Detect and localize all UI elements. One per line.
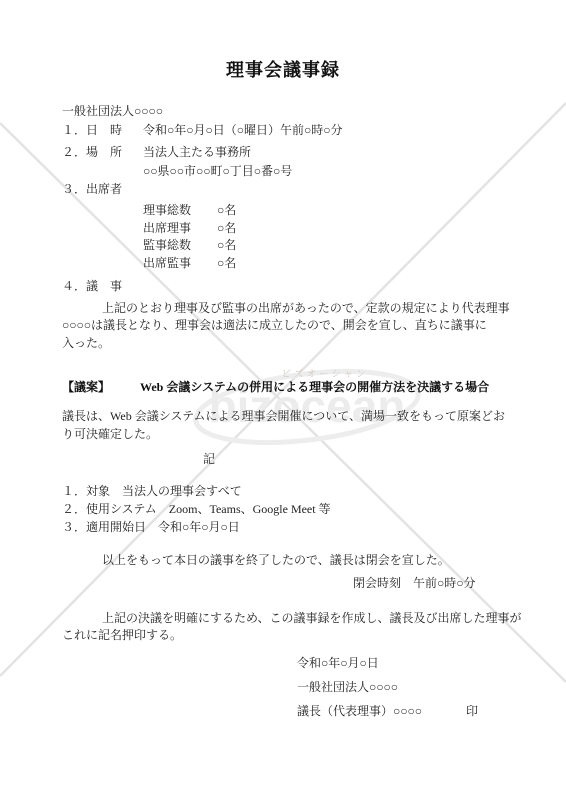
resolution-item: ２．使用システム Zoom、Teams、Google Meet 等 bbox=[62, 502, 331, 516]
closing-time: 閉会時刻 午前○時○分 bbox=[353, 576, 476, 590]
attendee-count: ○名 bbox=[217, 238, 236, 252]
document-page: bizocean ビズオーシャン 理事会議事録 一般社団法人○○○○ １．日 時… bbox=[0, 0, 566, 800]
document-title: 理事会議事録 bbox=[0, 60, 566, 82]
attendee-count: ○名 bbox=[217, 203, 236, 217]
attendee-label: 出席監事 bbox=[143, 256, 191, 270]
attendee-label: 理事総数 bbox=[143, 203, 191, 217]
watermark-layer: bizocean ビズオーシャン bbox=[0, 0, 566, 800]
place-label: ２．場 所 bbox=[62, 145, 122, 159]
proposal-tag: 【議案】 bbox=[62, 380, 110, 394]
attendee-label: 監事総数 bbox=[143, 238, 191, 252]
opening-paragraph-line: 上記のとおり理事及び監事の出席があったので、定款の規定により代表理事 bbox=[102, 301, 510, 315]
opening-paragraph-line: 入った。 bbox=[62, 336, 110, 350]
attendee-count: ○名 bbox=[217, 256, 236, 270]
signature-date: 令和○年○月○日 bbox=[297, 656, 379, 670]
date-label: １．日 時 bbox=[62, 123, 122, 137]
date-value: 令和○年○月○日（○曜日）午前○時○分 bbox=[143, 123, 343, 137]
resolution-paragraph-line: 議長は、Web 会議システムによる理事会開催について、満場一致をもって原案どお bbox=[62, 409, 505, 423]
signature-paragraph-line: これに記名押印する。 bbox=[62, 628, 182, 642]
note-marker: 記 bbox=[203, 452, 215, 466]
agenda-section-label: ４．議 事 bbox=[62, 279, 122, 293]
signature-org: 一般社団法人○○○○ bbox=[297, 680, 398, 694]
opening-paragraph-line: ○○○○は議長となり、理事会は適法に成立したので、開会を宣し、直ちに議事に bbox=[62, 318, 487, 332]
place-address: ○○県○○市○○町○丁目○番○号 bbox=[143, 164, 292, 178]
resolution-item: １．対象 当法人の理事会すべて bbox=[62, 484, 242, 498]
chairman-signature: 議長（代表理事）○○○○ bbox=[297, 704, 422, 718]
signature-paragraph-line: 上記の決議を明確にするため、この議事録を作成し、議長及び出席した理事が bbox=[102, 611, 522, 625]
attendee-count: ○名 bbox=[217, 221, 236, 235]
attendees-label: ３．出席者 bbox=[62, 182, 122, 196]
resolution-paragraph-line: り可決確定した。 bbox=[62, 427, 158, 441]
closing-line: 以上をもって本日の議事を終了したので、議長は閉会を宣した。 bbox=[102, 553, 450, 567]
proposal-title: Web 会議システムの併用による理事会の開催方法を決議する場合 bbox=[140, 380, 489, 394]
organization-name: 一般社団法人○○○○ bbox=[62, 104, 163, 118]
seal-mark: 印 bbox=[466, 704, 478, 718]
resolution-item: ３．適用開始日 令和○年○月○日 bbox=[62, 520, 240, 534]
place-value: 当法人主たる事務所 bbox=[143, 145, 251, 159]
bizocean-katakana-text: ビズオーシャン bbox=[281, 369, 368, 380]
attendee-label: 出席理事 bbox=[143, 221, 191, 235]
